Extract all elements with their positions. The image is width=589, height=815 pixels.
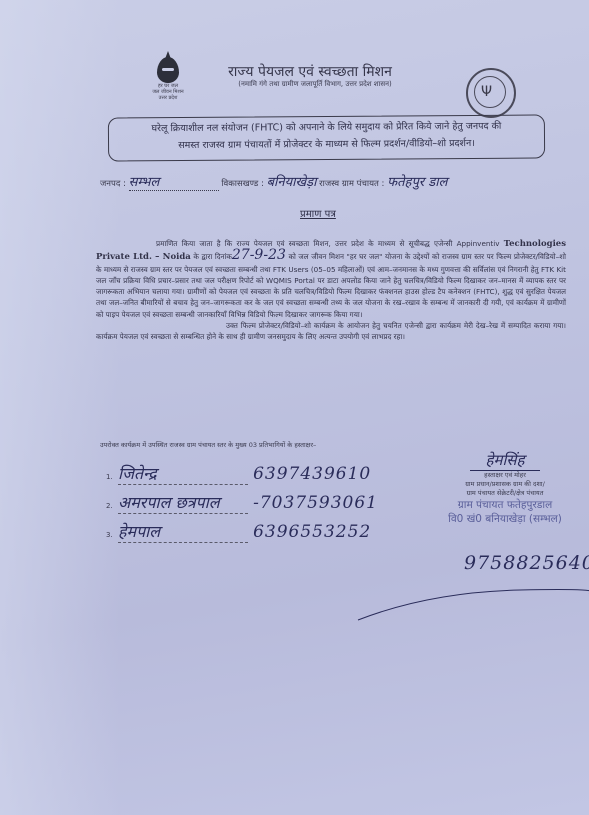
certificate-page: हर घर जल जल जीवन मिशन उत्तर प्रदेश राज्य… <box>0 0 589 815</box>
pen-stroke <box>0 0 589 815</box>
